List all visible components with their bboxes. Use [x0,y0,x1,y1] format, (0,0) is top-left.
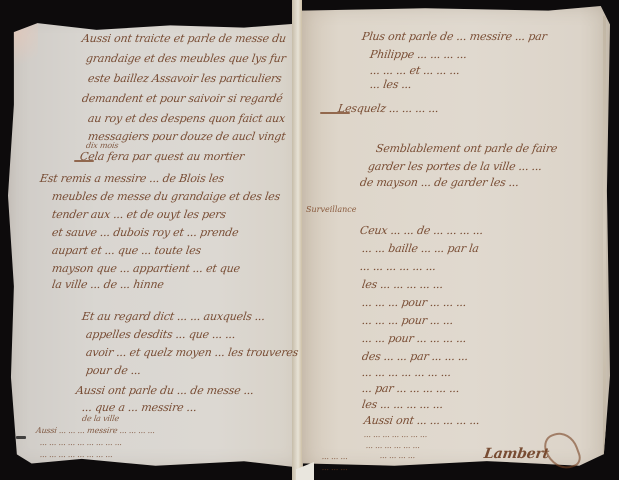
handwritten-line: et sauve ... dubois roy et ... prende [51,226,239,239]
handwritten-line: ... par ... ... ... ... ... [361,382,460,395]
handwritten-line: la ville ... de ... hinne [51,278,164,291]
footer-note: ... ... ... [321,452,348,461]
handwritten-line: ... que a ... messire ... [81,401,197,414]
handwritten-line: demandent et pour saivoir si regardé [81,92,283,105]
handwritten-line: Cela fera par quest au mortier [79,150,245,163]
handwritten-line: Plus ont parle de ... messire ... par [361,30,547,43]
handwritten-line: Lesquelz ... ... ... ... [337,102,439,115]
handwritten-line: des ... ... par ... ... ... [361,350,469,363]
ink-blot [16,436,26,439]
handwritten-line: appelles desdits ... que ... ... [85,328,236,341]
handwritten-line: Philippe ... ... ... ... [369,48,468,61]
handwritten-line: este baillez Assavoir les particuliers [87,72,282,85]
handwritten-line: ... ... ... ... ... ... ... [363,430,428,439]
handwritten-line: dix mois [85,141,118,150]
handwritten-line: aupart et ... que ... toute les [51,244,202,257]
handwritten-line: pour de ... [85,364,142,377]
pen-flourish [74,160,94,162]
handwritten-line: ... ... ... et ... ... ... [369,64,460,77]
handwritten-line: Semblablement ont parle de faire [375,142,558,155]
handwritten-line: Aussi ont traicte et parle de messe du [81,32,287,45]
handwritten-line: de la ville [81,414,119,423]
handwritten-line: ... ... pour ... ... ... ... [361,332,467,345]
handwritten-line: Aussi ... ... ... messire ... ... ... ..… [35,426,155,435]
handwritten-line: au roy et des despens quon faict aux [87,112,286,125]
signature: Lambert [483,446,550,462]
handwritten-line: ... ... ... ... ... ... ... [361,366,452,379]
handwritten-line: mayson que ... appartient ... et que [51,262,241,275]
margin-note: Surveillance [306,205,357,214]
footer-note: ... ... ... [321,463,348,472]
handwritten-line: ... ... ... pour ... ... [361,314,454,327]
handwritten-line: ... les ... [369,78,412,91]
handwritten-line: Et au regard dict ... ... auxquels ... [81,310,266,323]
handwritten-line: Est remis a messire ... de Blois les [39,172,225,185]
handwritten-line: ... ... baille ... ... par la [361,242,480,255]
handwritten-line: avoir ... et quelz moyen ... les trouver… [85,346,299,359]
handwritten-line: ... ... ... ... ... ... [365,441,420,450]
pen-flourish [320,112,350,114]
handwritten-line: meubles de messe du grandaige et des les [51,190,281,203]
handwritten-line: grandaige et des meubles que lys fur [85,52,287,65]
handwritten-line: les ... ... ... ... ... [361,398,444,411]
book-gutter [292,0,302,480]
handwritten-line: les ... ... ... ... ... [361,278,444,291]
handwritten-line: Aussi ont parle du ... de messe ... [75,384,255,397]
handwritten-line: Ceux ... ... de ... ... ... ... [359,224,484,237]
handwritten-line: ... ... ... pour ... ... ... [361,296,467,309]
handwritten-line: ... ... ... ... [379,451,415,460]
handwritten-line: Aussi ont ... ... ... ... ... [363,414,480,427]
handwritten-line: ... ... ... ... ... ... ... ... [39,450,113,459]
handwritten-line: ... ... ... ... ... ... ... ... ... [39,438,122,447]
manuscript-photo: Aussi ont traicte et parle de messe du g… [0,0,619,480]
handwritten-line: tender aux ... et de ouyt les pers [51,208,227,221]
handwritten-line: garder les portes de la ville ... ... [367,160,543,173]
handwritten-line: ... ... ... ... ... ... [359,260,437,273]
handwritten-line: de mayson ... de garder les ... [359,176,520,189]
